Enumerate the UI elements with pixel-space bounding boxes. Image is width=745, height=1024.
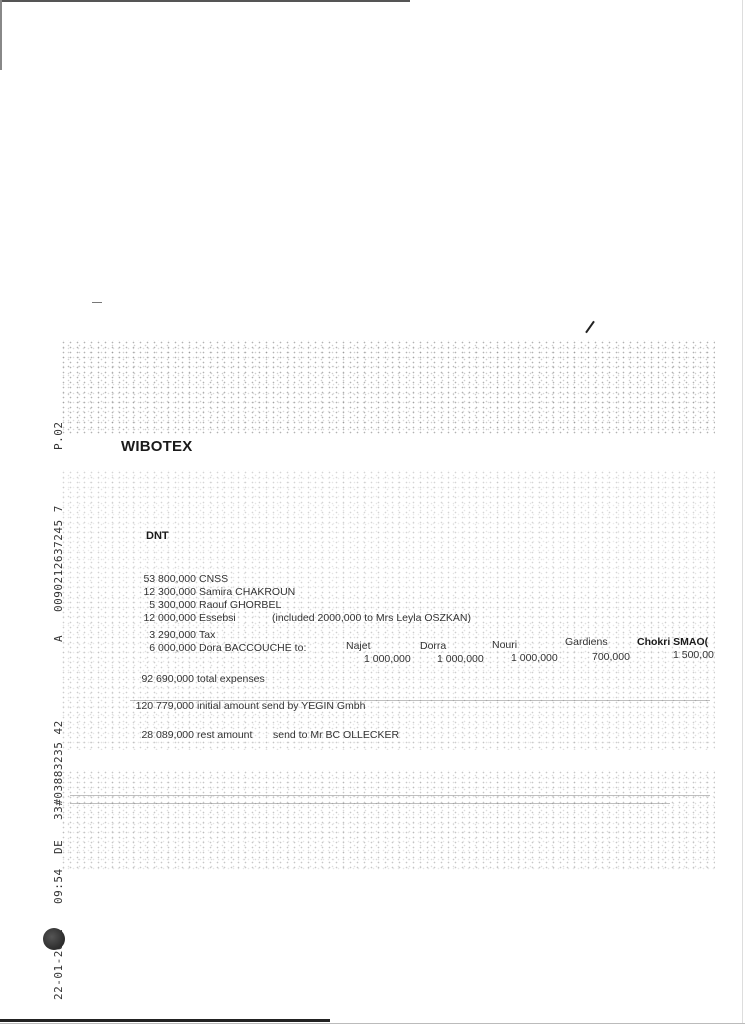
expense-line: 3 290,000Tax [130, 629, 215, 641]
expense-line: 6 000,000Dora BACCOUCHE to: [130, 642, 306, 654]
total-amount: 92 690,000 [128, 673, 194, 685]
fax-page-number: P.02 [52, 422, 65, 451]
expense-label: Raouf GHORBEL [199, 599, 281, 611]
rest-amount: 28 089,000 [128, 729, 194, 741]
fax-noise-band [60, 770, 715, 870]
scan-line [70, 803, 670, 804]
fax-to-number: 0090212637245 7 [52, 505, 65, 612]
expense-amount: 5 300,000 [130, 599, 196, 611]
recipient-amount: 700,000 [592, 651, 630, 663]
expense-amount: 12 000,000 [130, 612, 196, 624]
stray-mark [92, 302, 102, 303]
recipient-name: Chokri SMAO( [637, 636, 708, 648]
pen-slash-mark [585, 321, 595, 334]
expense-line: 12 300,000Samira CHAKROUN [130, 586, 295, 598]
scan-border-left [0, 0, 2, 70]
fax-stamp-dot [43, 928, 65, 950]
expense-label: Tax [199, 629, 215, 641]
expense-amount: 12 300,000 [130, 586, 196, 598]
scan-border-right [742, 0, 743, 1024]
expense-note: (included 2000,000 to Mrs Leyla OSZKAN) [272, 612, 471, 624]
recipient-amount: 1 000,000 [437, 653, 484, 665]
scan-border-bottom [0, 1019, 330, 1022]
rest-label: rest amount [197, 729, 252, 741]
fax-from-number: 33#03883235 42 [52, 720, 65, 820]
fax-from-label: DE [52, 840, 65, 854]
initial-amount: 120 779,000 [122, 700, 194, 712]
expense-label: Essebsi [199, 612, 236, 624]
total-label: total expenses [197, 673, 265, 685]
scan-line [70, 795, 710, 796]
initial-amount-line: 120 779,000initial amount send by YEGIN … [122, 700, 365, 712]
rest-amount-line: 28 089,000rest amount [128, 729, 252, 741]
section-heading: DNT [146, 530, 169, 542]
recipient-amount: 1 500,00 [673, 649, 714, 661]
total-expenses-line: 92 690,000total expenses [128, 673, 265, 685]
scan-border-top [0, 0, 410, 2]
expense-line: 12 000,000Essebsi [130, 612, 236, 624]
fax-noise-band [60, 340, 715, 435]
expense-label: Dora BACCOUCHE to: [199, 642, 306, 654]
expense-amount: 53 800,000 [130, 573, 196, 585]
recipient-name: Dorra [420, 640, 446, 652]
expense-line: 53 800,000CNSS [130, 573, 228, 585]
expense-amount: 6 000,000 [130, 642, 196, 654]
recipient-amount: 1 000,000 [511, 652, 558, 664]
expense-line: 5 300,000Raouf GHORBEL [130, 599, 281, 611]
company-title: WIBOTEX [121, 438, 192, 455]
recipient-name: Nouri [492, 639, 517, 651]
recipient-name: Gardiens [565, 636, 608, 648]
recipient-name: Najet [346, 640, 371, 652]
fax-time: 09:54 [52, 868, 65, 904]
initial-label: initial amount send by YEGIN Gmbh [197, 700, 365, 712]
fax-to-label: A [52, 635, 65, 642]
expense-amount: 3 290,000 [130, 629, 196, 641]
recipient-amount: 1 000,000 [364, 653, 411, 665]
expense-label: Samira CHAKROUN [199, 586, 295, 598]
rest-note: send to Mr BC OLLECKER [273, 729, 399, 741]
expense-label: CNSS [199, 573, 228, 585]
